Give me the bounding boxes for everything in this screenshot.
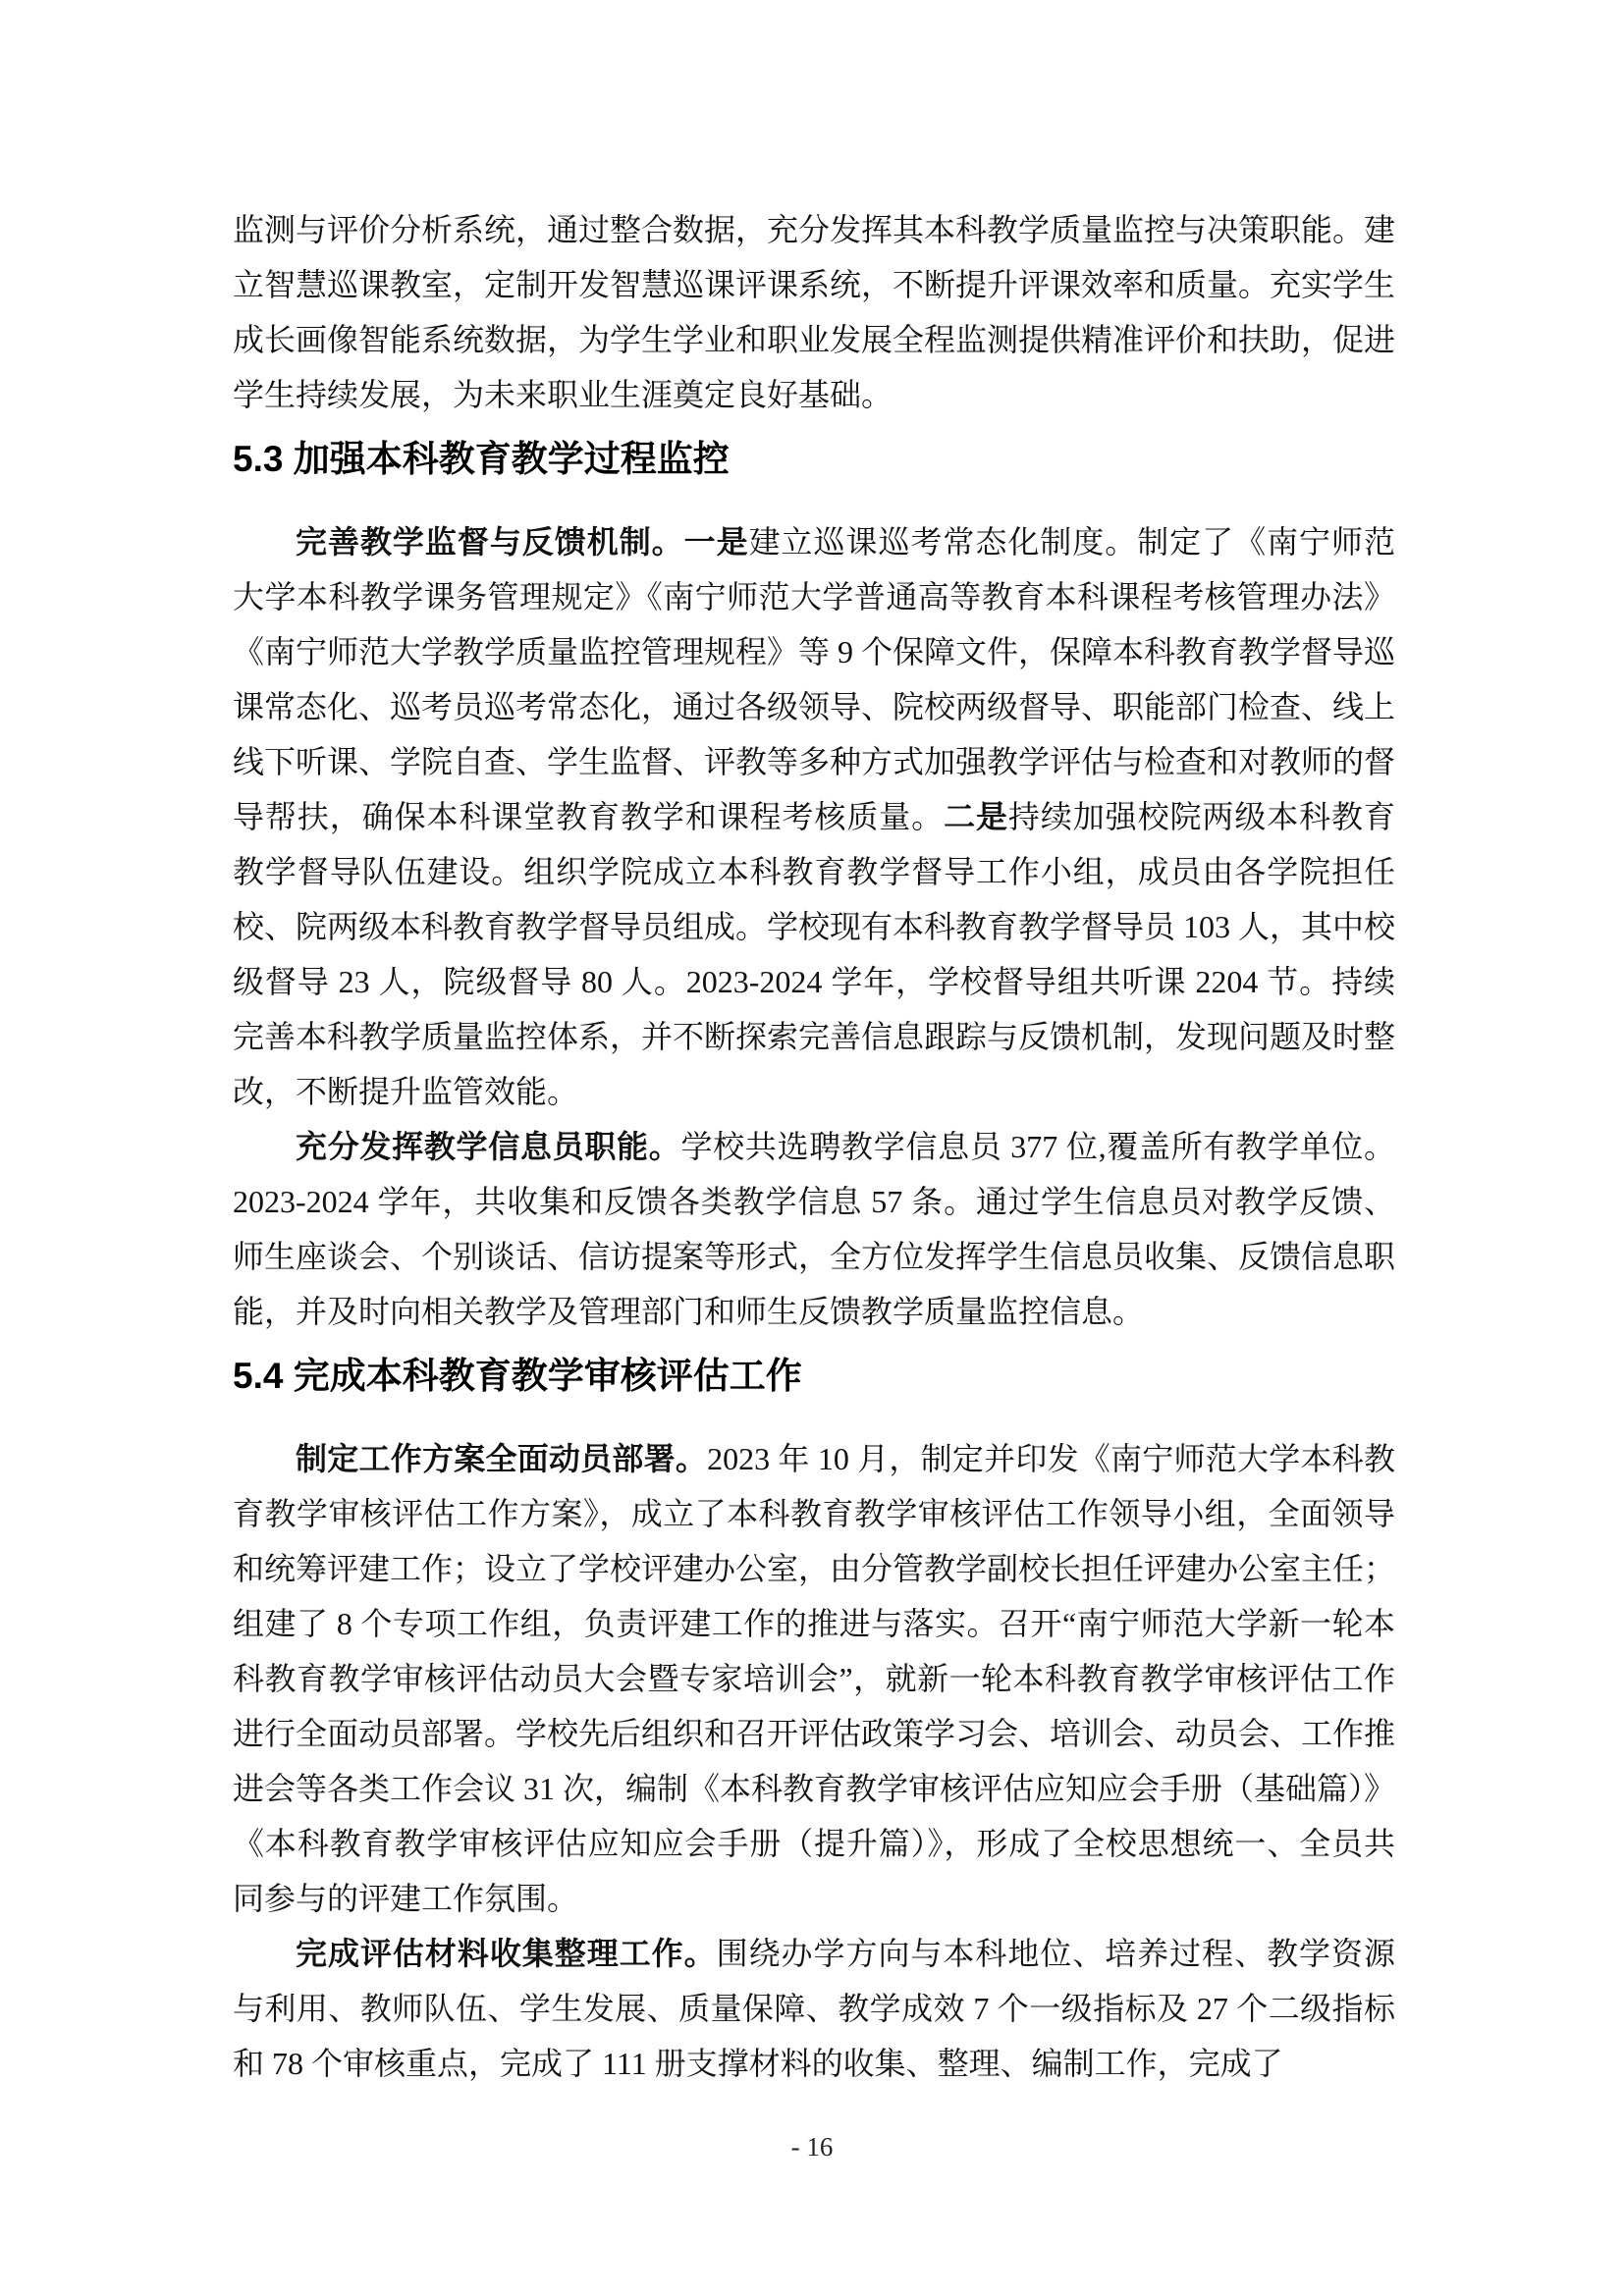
paragraph-information-officers: 充分发挥教学信息员职能。学校共选聘教学信息员 377 位,覆盖所有教学单位。20… xyxy=(233,1119,1395,1339)
paragraph-lead-bold: 充分发挥教学信息员职能。 xyxy=(296,1129,680,1164)
section-heading-5-3: 5.3 加强本科教育教学过程监控 xyxy=(233,432,1395,487)
paragraph-lead-bold: 完成评估材料收集整理工作。 xyxy=(296,1936,717,1971)
page-content: 监测与评价分析系统，通过整合数据，充分发挥其本科教学质量监控与决策职能。建立智慧… xyxy=(233,202,1395,2091)
paragraph-run-text: 持续加强校院两级本科教育教学督导队伍建设。组织学院成立本科教育教学督导工作小组，… xyxy=(233,799,1395,1109)
section-heading-5-4: 5.4 完成本科教育教学审核评估工作 xyxy=(233,1349,1395,1404)
paragraph-run-text: 建立巡课巡考常态化制度。制定了《南宁师范大学本科教学课务管理规定》《南宁师范大学… xyxy=(233,524,1395,834)
page-number: - 16 xyxy=(791,2132,834,2162)
paragraph-teaching-supervision: 完善教学监督与反馈机制。一是建立巡课巡考常态化制度。制定了《南宁师范大学本科教学… xyxy=(233,514,1395,1119)
page-footer: - 16 xyxy=(0,2132,1624,2163)
paragraph-inline-bold: 二是 xyxy=(944,799,1008,834)
intro-paragraph: 监测与评价分析系统，通过整合数据，充分发挥其本科教学质量监控与决策职能。建立智慧… xyxy=(233,202,1395,422)
paragraph-work-plan: 制定工作方案全面动员部署。2023 年 10 月，制定并印发《南宁师范大学本科教… xyxy=(233,1431,1395,1926)
paragraph-evaluation-materials: 完成评估材料收集整理工作。围绕办学方向与本科地位、培养过程、教学资源与利用、教师… xyxy=(233,1926,1395,2091)
intro-paragraph-text: 监测与评价分析系统，通过整合数据，充分发挥其本科教学质量监控与决策职能。建立智慧… xyxy=(233,212,1395,412)
paragraph-run-text: 2023 年 10 月，制定并印发《南宁师范大学本科教育教学审核评估工作方案》，… xyxy=(233,1441,1395,1916)
paragraph-lead-bold: 完善教学监督与反馈机制。一是 xyxy=(296,524,749,560)
paragraph-lead-bold: 制定工作方案全面动员部署。 xyxy=(296,1441,707,1476)
document-page: 监测与评价分析系统，通过整合数据，充分发挥其本科教学质量监控与决策职能。建立智慧… xyxy=(0,0,1624,2296)
